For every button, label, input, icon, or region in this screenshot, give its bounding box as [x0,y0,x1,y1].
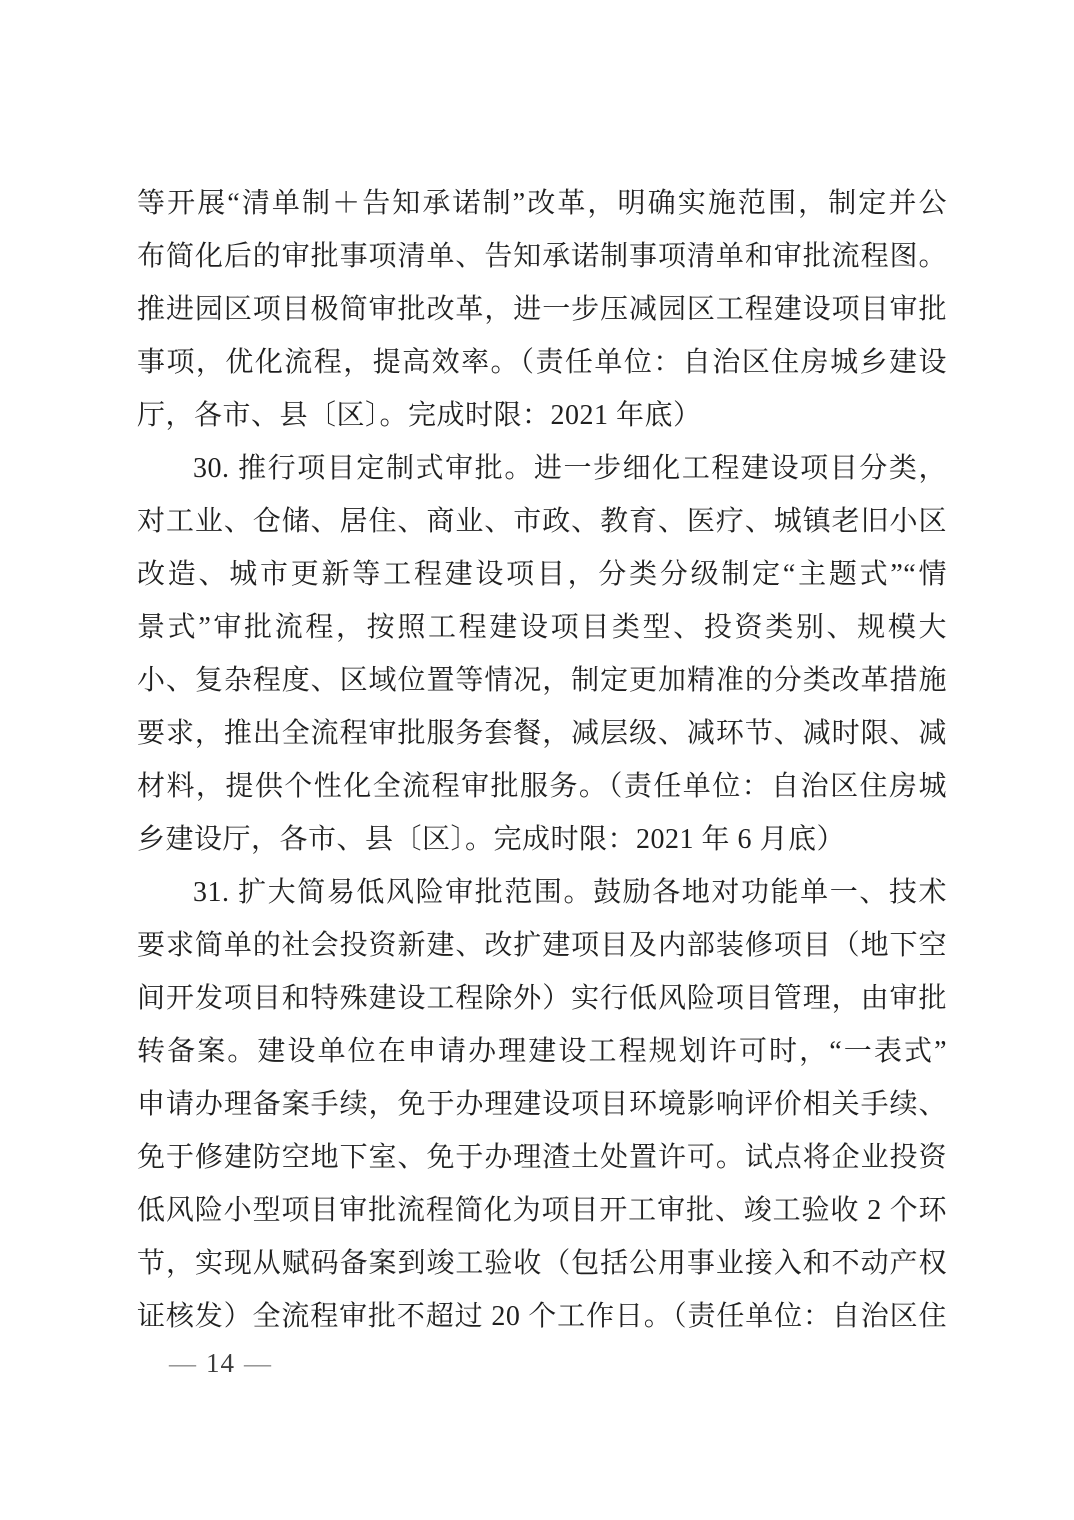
text-line: 事项，优化流程，提高效率。（责任单位：自治区住房城乡建设 [137,336,947,389]
text-line: 要求，推出全流程审批服务套餐，减层级、减环节、减时限、减 [137,707,947,760]
text-line: 乡建设厅，各市、县〔区〕。完成时限：2021 年 6 月底） [137,813,947,866]
text-line: 免于修建防空地下室、免于办理渣土处置许可。试点将企业投资 [137,1131,947,1184]
footer-right-dash: — [244,1348,272,1378]
text-line: 要求简单的社会投资新建、改扩建项目及内部装修项目（地下空 [137,919,947,972]
text-line: 转备案。建设单位在申请办理建设工程规划许可时，“一表式” [137,1025,947,1078]
text-line: 申请办理备案手续，免于办理建设项目环境影响评价相关手续、 [137,1078,947,1131]
text-line: 31. 扩大简易低风险审批范围。鼓励各地对功能单一、技术 [137,866,947,919]
text-line: 证核发）全流程审批不超过 20 个工作日。（责任单位：自治区住 [137,1290,947,1343]
text-line: 厅，各市、县〔区〕。完成时限：2021 年底） [137,389,947,442]
footer-left-dash: — [169,1348,197,1378]
text-line: 等开展“清单制＋告知承诺制”改革，明确实施范围，制定并公 [137,177,947,230]
text-line: 小、复杂程度、区域位置等情况，制定更加精准的分类改革措施 [137,654,947,707]
document-text-block: 等开展“清单制＋告知承诺制”改革，明确实施范围，制定并公布简化后的审批事项清单、… [137,177,947,1343]
paragraph: 等开展“清单制＋告知承诺制”改革，明确实施范围，制定并公布简化后的审批事项清单、… [137,177,947,442]
text-line: 低风险小型项目审批流程简化为项目开工审批、竣工验收 2 个环 [137,1184,947,1237]
text-line: 节，实现从赋码备案到竣工验收（包括公用事业接入和不动产权 [137,1237,947,1290]
text-line: 布简化后的审批事项清单、告知承诺制事项清单和审批流程图。 [137,230,947,283]
text-line: 改造、城市更新等工程建设项目，分类分级制定“主题式”“情 [137,548,947,601]
paragraph: 30. 推行项目定制式审批。进一步细化工程建设项目分类，对工业、仓储、居住、商业… [137,442,947,866]
text-line: 30. 推行项目定制式审批。进一步细化工程建设项目分类， [137,442,947,495]
text-line: 对工业、仓储、居住、商业、市政、教育、医疗、城镇老旧小区 [137,495,947,548]
paragraph: 31. 扩大简易低风险审批范围。鼓励各地对功能单一、技术要求简单的社会投资新建、… [137,866,947,1343]
text-line: 推进园区项目极简审批改革，进一步压减园区工程建设项目审批 [137,283,947,336]
text-line: 间开发项目和特殊建设工程除外）实行低风险项目管理，由审批 [137,972,947,1025]
document-page: 等开展“清单制＋告知承诺制”改革，明确实施范围，制定并公布简化后的审批事项清单、… [0,0,1074,1520]
page-number: —14— [160,1348,281,1379]
text-line: 材料，提供个性化全流程审批服务。（责任单位：自治区住房城 [137,760,947,813]
text-line: 景式”审批流程，按照工程建设项目类型、投资类别、规模大 [137,601,947,654]
footer-page-number: 14 [206,1348,235,1378]
